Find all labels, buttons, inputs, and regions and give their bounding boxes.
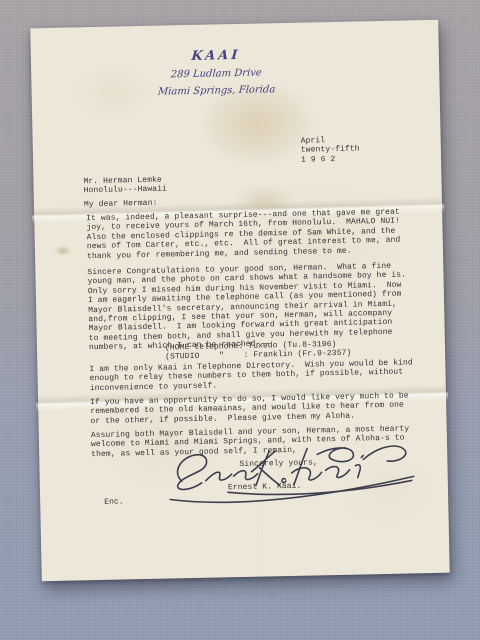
body-paragraph-2: Sincere Congratulations to your good son…: [87, 262, 407, 353]
body-paragraph-5: Assuring both Mayor Blaisdell and your s…: [91, 424, 410, 459]
paper-stain-left-edge: [55, 246, 71, 256]
enclosure-note: Enc.: [104, 497, 124, 507]
date-block: April twenty-fifth 1 9 6 2: [301, 135, 360, 164]
body-paragraph-3: I am the only Kaai in Telephone Director…: [89, 358, 413, 393]
body-paragraph-1: It was, indeed, a pleasant surprise---an…: [86, 208, 401, 262]
letter-paper: KAAI 289 Ludlam Drive Miami Springs, Flo…: [30, 20, 449, 581]
telephone-numbers: (HOME telephone: Tuxedo (Tu.8-3196) (STU…: [165, 340, 352, 363]
salutation: My dear Herman:: [84, 199, 158, 210]
closing-phrase: Sincerely yours,: [239, 458, 318, 469]
letterhead: KAAI 289 Ludlam Drive Miami Springs, Flo…: [31, 44, 440, 102]
signature-typed-name: Ernest K. Kaai.: [228, 482, 302, 493]
body-paragraph-4: If you have an opportunity to do so, I w…: [90, 391, 409, 426]
recipient-address: Mr. Herman Lemke Honolulu---Hawaii: [83, 176, 167, 197]
